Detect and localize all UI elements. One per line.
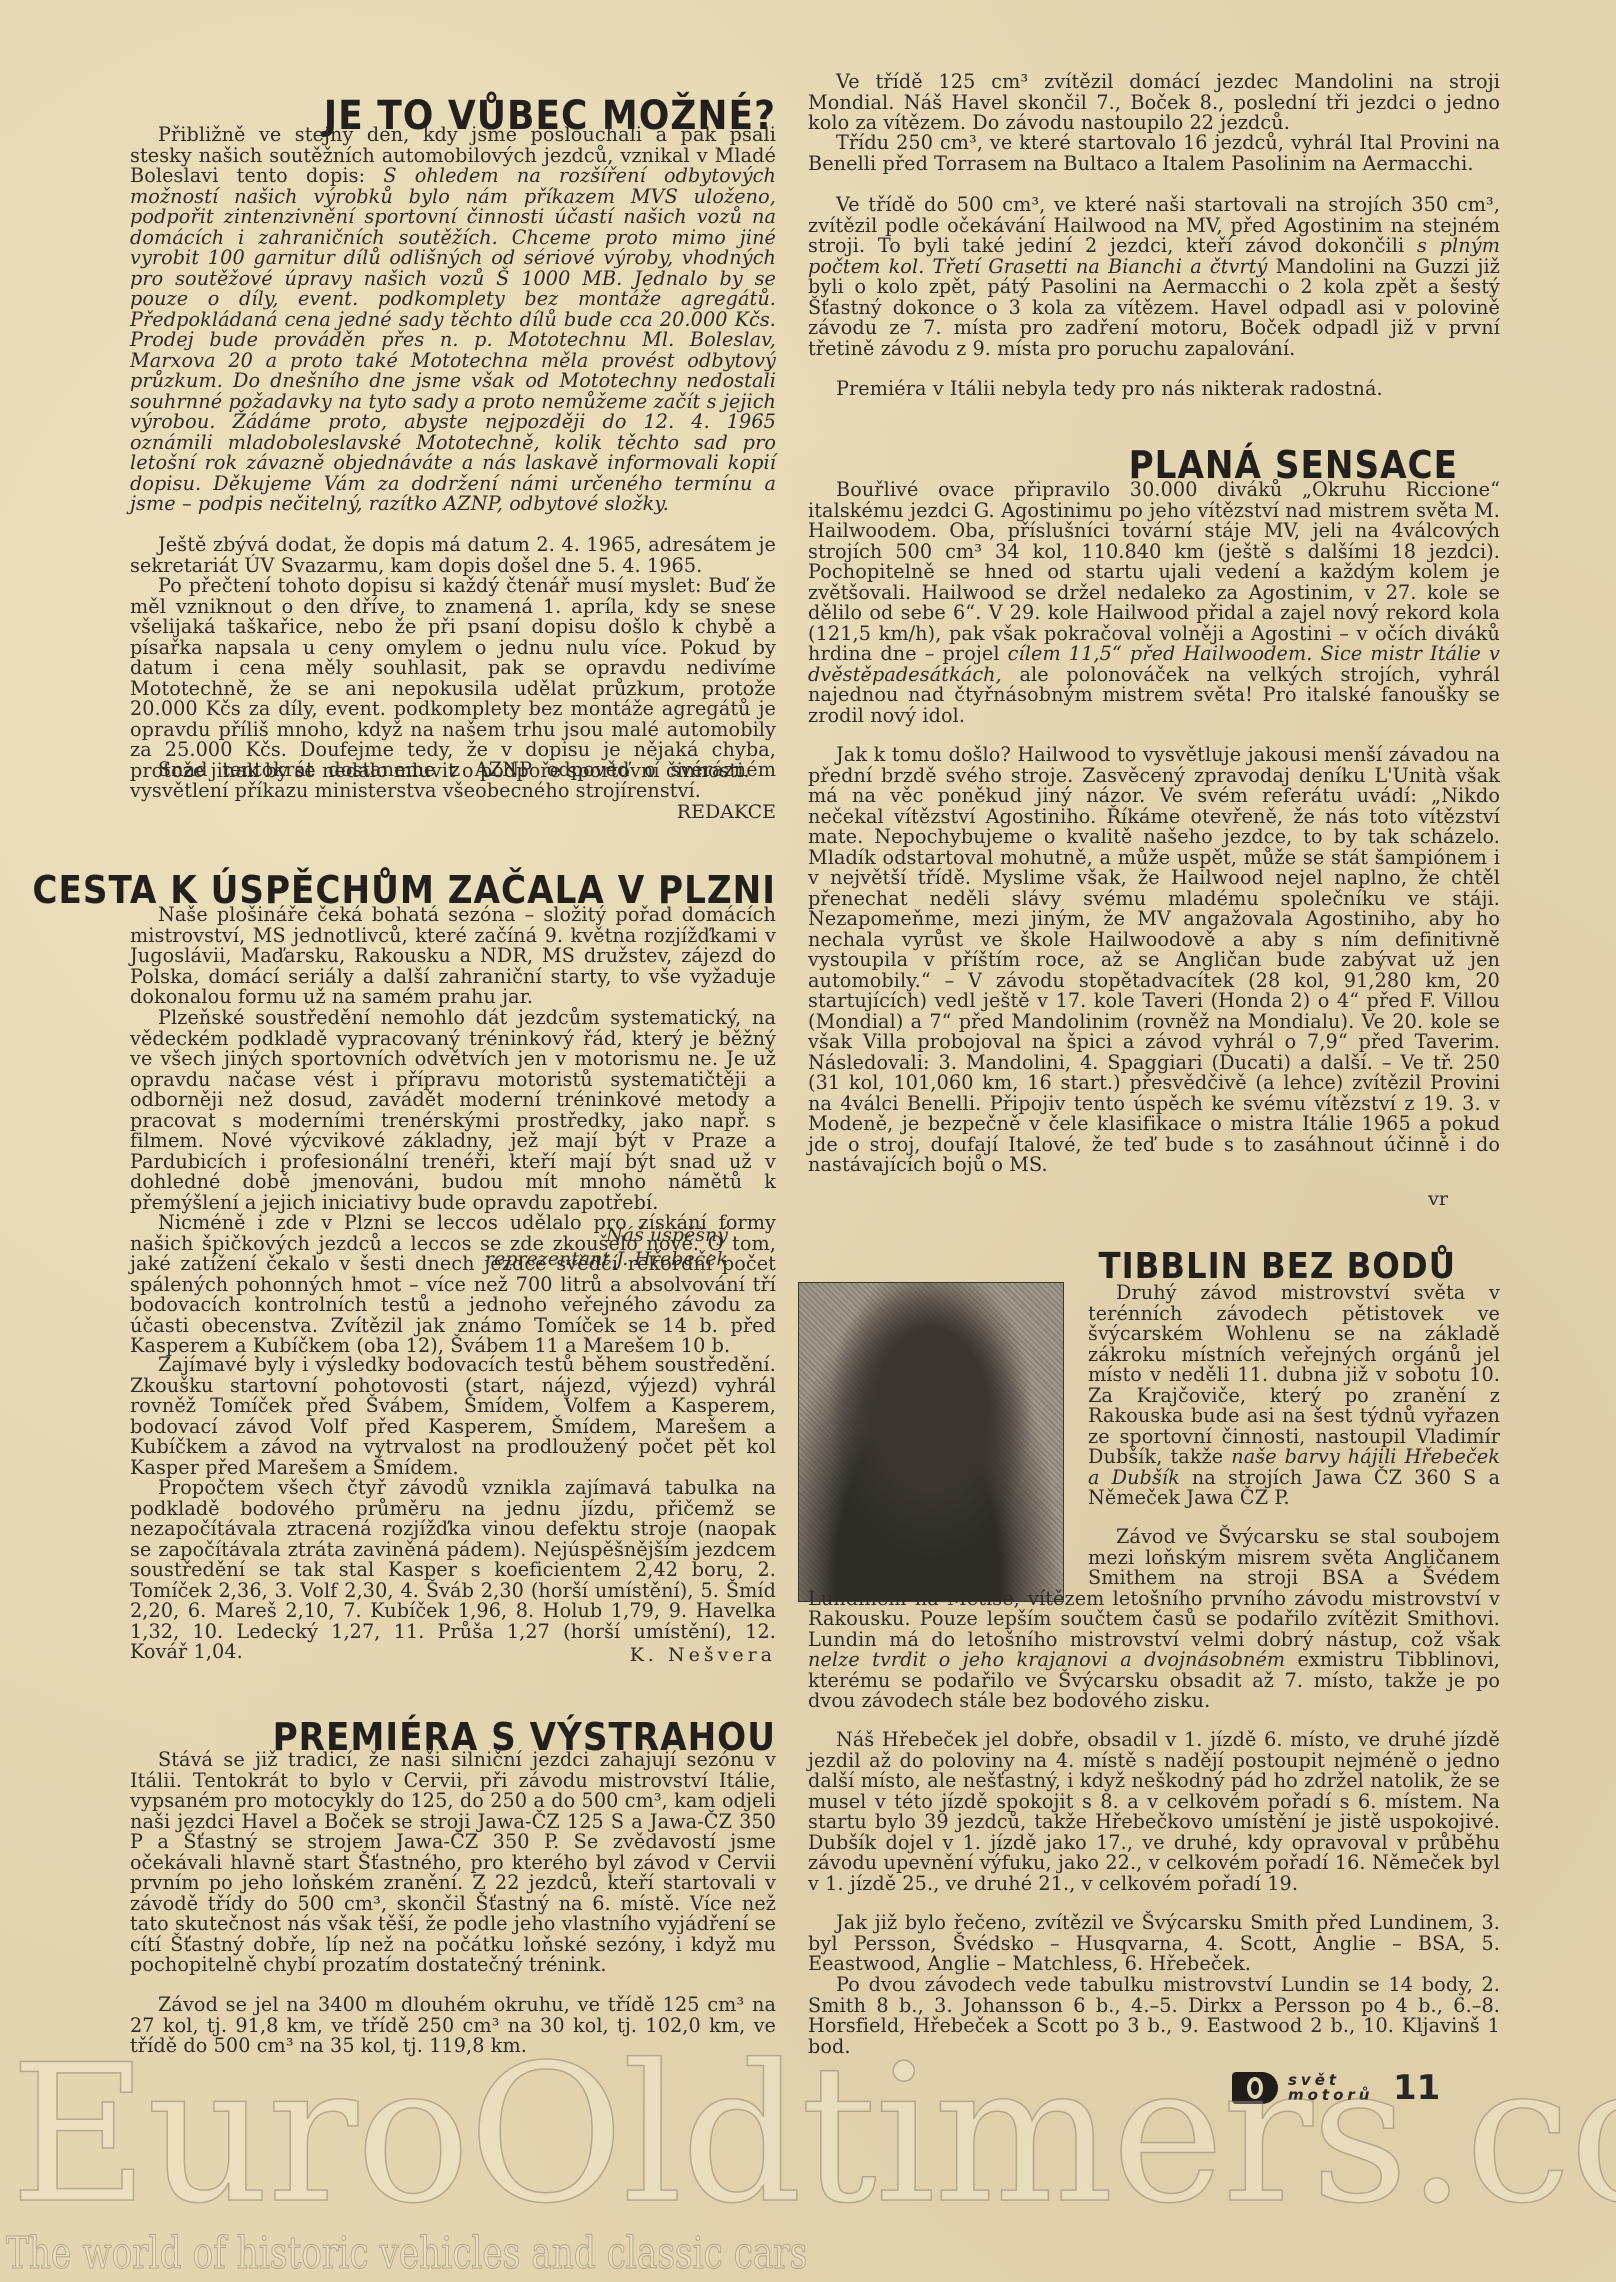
paragraph-text: Bouřlivé ovace připravilo 30.000 diváků … [808,478,1500,665]
article-paragraph: Ve třídě do 500 cm³, ve které naši start… [808,195,1500,359]
paragraph-text: Druhý závod mistrovství světa v terénníc… [1088,1281,1500,1468]
photo-wrap-spacer [808,1527,1088,1587]
article-paragraph: Zajímavé byly i výsledky bodovacích test… [130,1355,776,1478]
paragraph-text: Naše plošináře čeká bohatá sezóna – slož… [130,903,776,1008]
paragraph-text: Ve třídě do 500 cm³, ve které naši start… [808,193,1500,257]
paragraph-text: Třídu 250 cm³, ve které startovalo 16 je… [808,131,1500,175]
article-paragraph: Jak již bylo řečeno, zvítězil ve Švýcars… [808,1913,1500,1975]
article-paragraph: Třídu 250 cm³, ve které startovalo 16 je… [808,133,1500,174]
photo-caption-line: reprezentant J. Hřebeček [485,1247,728,1271]
article-paragraph: Náš Hřebeček jel dobře, obsadil v 1. jíz… [808,1730,1500,1894]
paragraph-text: Snad tentokrát dostaneme z AZNP odpověď … [130,758,776,802]
article-paragraph: Ještě zbývá dodat, že dopis má datum 2. … [130,535,776,576]
paragraph-text: Náš Hřebeček jel dobře, obsadil v 1. jíz… [808,1728,1500,1895]
paragraph-text: Propočtem všech čtyř závodů vznikla zají… [130,1476,776,1663]
paragraph-text: Premiéra v Itálii nebyla tedy pro nás ni… [836,377,1383,400]
watermark-tagline: The world of historic vehicles and class… [6,2228,807,2279]
paragraph-text: Stává se již tradicí, že naši silniční j… [130,1748,776,1976]
photo-caption-line: Náš úspěšný [485,1223,728,1247]
watermark-text: EuroOldtimers.com [10,2040,1616,2230]
article-paragraph: Přibližně ve stejný den, kdy jsme poslou… [130,125,776,515]
paragraph-text: Jak již bylo řečeno, zvítězil ve Švýcars… [808,1911,1500,1975]
paragraph-text: Ještě zbývá dodat, že dopis má datum 2. … [130,533,776,577]
article-paragraph: Jak k tomu došlo? Hailwood to vysvětluje… [808,745,1500,1176]
paragraph-text: Plzeňské soustředění nemohlo dát jezdcům… [130,1006,776,1214]
paragraph-text: Jak k tomu došlo? Hailwood to vysvětluje… [808,743,1500,1176]
article-paragraph: Závod ve Švýcarsku se stal soubojem mezi… [808,1527,1500,1712]
article-paragraph: Druhý závod mistrovství světa v terénníc… [1088,1283,1500,1509]
article-paragraph: Propočtem všech čtyř závodů vznikla zají… [130,1478,776,1663]
article-paragraph: Naše plošináře čeká bohatá sezóna – slož… [130,905,776,1008]
article-paragraph: Snad tentokrát dostaneme z AZNP odpověď … [130,760,776,801]
article-paragraph: Stává se již tradicí, že naši silniční j… [130,1750,776,1976]
photo-caption: Náš úspěšný reprezentant J. Hřebeček [485,1223,728,1271]
quoted-letter-text: S ohledem na rozšíření odbytových možnos… [130,164,776,515]
signature-vr: vr [1428,1188,1448,1210]
article-paragraph: Plzeňské soustředění nemohlo dát jezdcům… [130,1008,776,1213]
paragraph-text: Po přečtení tohoto dopisu si každý čtená… [130,574,776,782]
signature-redakce: REDAKCE [677,801,776,823]
article-paragraph: Po přečtení tohoto dopisu si každý čtená… [130,576,776,781]
signature-k-nesvera: K. Nešvera [630,1644,776,1666]
article-paragraph: Ve třídě 125 cm³ zvítězil domácí jezdec … [808,72,1500,134]
paragraph-text: Zajímavé byly i výsledky bodovacích test… [130,1353,776,1479]
article-paragraph: Premiéra v Itálii nebyla tedy pro nás ni… [808,379,1500,400]
paragraph-text: Ve třídě 125 cm³ zvítězil domácí jezdec … [808,70,1500,134]
article-paragraph: Bouřlivé ovace připravilo 30.000 diváků … [808,480,1500,726]
